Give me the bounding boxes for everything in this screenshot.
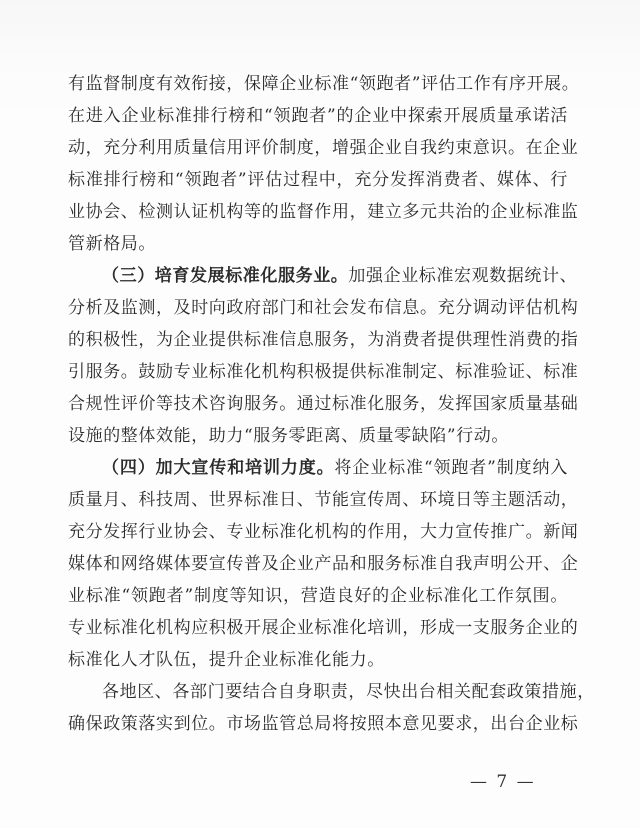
text-line: 确保政策落实到位。市场监管总局将按照本意见要求，出台企业标 bbox=[68, 708, 568, 740]
section-heading-three: （三）培育发展标准化服务业。 bbox=[102, 266, 348, 286]
text-line: 标准化人才队伍，提升企业标准化能力。 bbox=[68, 644, 568, 676]
text-line: 质量月、科技周、世界标准日、节能宣传周、环境日等主题活动， bbox=[68, 484, 568, 516]
text-line: 的积极性，为企业提供标准信息服务，为消费者提供理性消费的指 bbox=[68, 324, 568, 356]
text-line: 媒体和网络媒体要宣传普及企业产品和服务标准自我声明公开、企 bbox=[68, 548, 568, 580]
text-line: 专业标准化机构应积极开展企业标准化培训，形成一支服务企业的 bbox=[68, 612, 568, 644]
section-heading-four: （四）加大宣传和培训力度。 bbox=[102, 458, 335, 478]
body-text: 有监督制度有效衔接，保障企业标准“领跑者”评估工作有序开展。 在进入企业标准排行… bbox=[68, 68, 568, 740]
text-line: 引服务。鼓励专业标准化机构积极提供标准制定、标准验证、标准 bbox=[68, 356, 568, 388]
text-line: 业标准“领跑者”制度等知识，营造良好的企业标准化工作氛围。 bbox=[68, 580, 568, 612]
text-line: 有监督制度有效衔接，保障企业标准“领跑者”评估工作有序开展。 bbox=[68, 68, 568, 100]
page-number: — 7 — bbox=[470, 772, 536, 792]
text-line: 管新格局。 bbox=[68, 228, 568, 260]
section-three-line: （三）培育发展标准化服务业。加强企业标准宏观数据统计、 bbox=[68, 260, 568, 292]
text-line: 标准排行榜和“领跑者”评估过程中，充分发挥消费者、媒体、行 bbox=[68, 164, 568, 196]
text-line: 各地区、各部门要结合自身职责，尽快出台相关配套政策措施， bbox=[68, 676, 568, 708]
text-line: 业协会、检测认证机构等的监督作用，建立多元共治的企业标准监 bbox=[68, 196, 568, 228]
text-line: 充分发挥行业协会、专业标准化机构的作用，大力宣传推广。新闻 bbox=[68, 516, 568, 548]
text-line: 动，充分利用质量信用评价制度，增强企业自我约束意识。在企业 bbox=[68, 132, 568, 164]
text-line: 合规性评价等技术咨询服务。通过标准化服务，发挥国家质量基础 bbox=[68, 388, 568, 420]
section-text: 加强企业标准宏观数据统计、 bbox=[348, 266, 577, 286]
text-line: 分析及监测，及时向政府部门和社会发布信息。充分调动评估机构 bbox=[68, 292, 568, 324]
section-text: 将企业标准“领跑者”制度纳入 bbox=[335, 458, 568, 478]
text-line: 设施的整体效能，助力“服务零距离、质量零缺陷”行动。 bbox=[68, 420, 568, 452]
document-page: 有监督制度有效衔接，保障企业标准“领跑者”评估工作有序开展。 在进入企业标准排行… bbox=[0, 0, 640, 828]
section-four-line: （四）加大宣传和培训力度。将企业标准“领跑者”制度纳入 bbox=[68, 452, 568, 484]
text-line: 在进入企业标准排行榜和“领跑者”的企业中探索开展质量承诺活 bbox=[68, 100, 568, 132]
